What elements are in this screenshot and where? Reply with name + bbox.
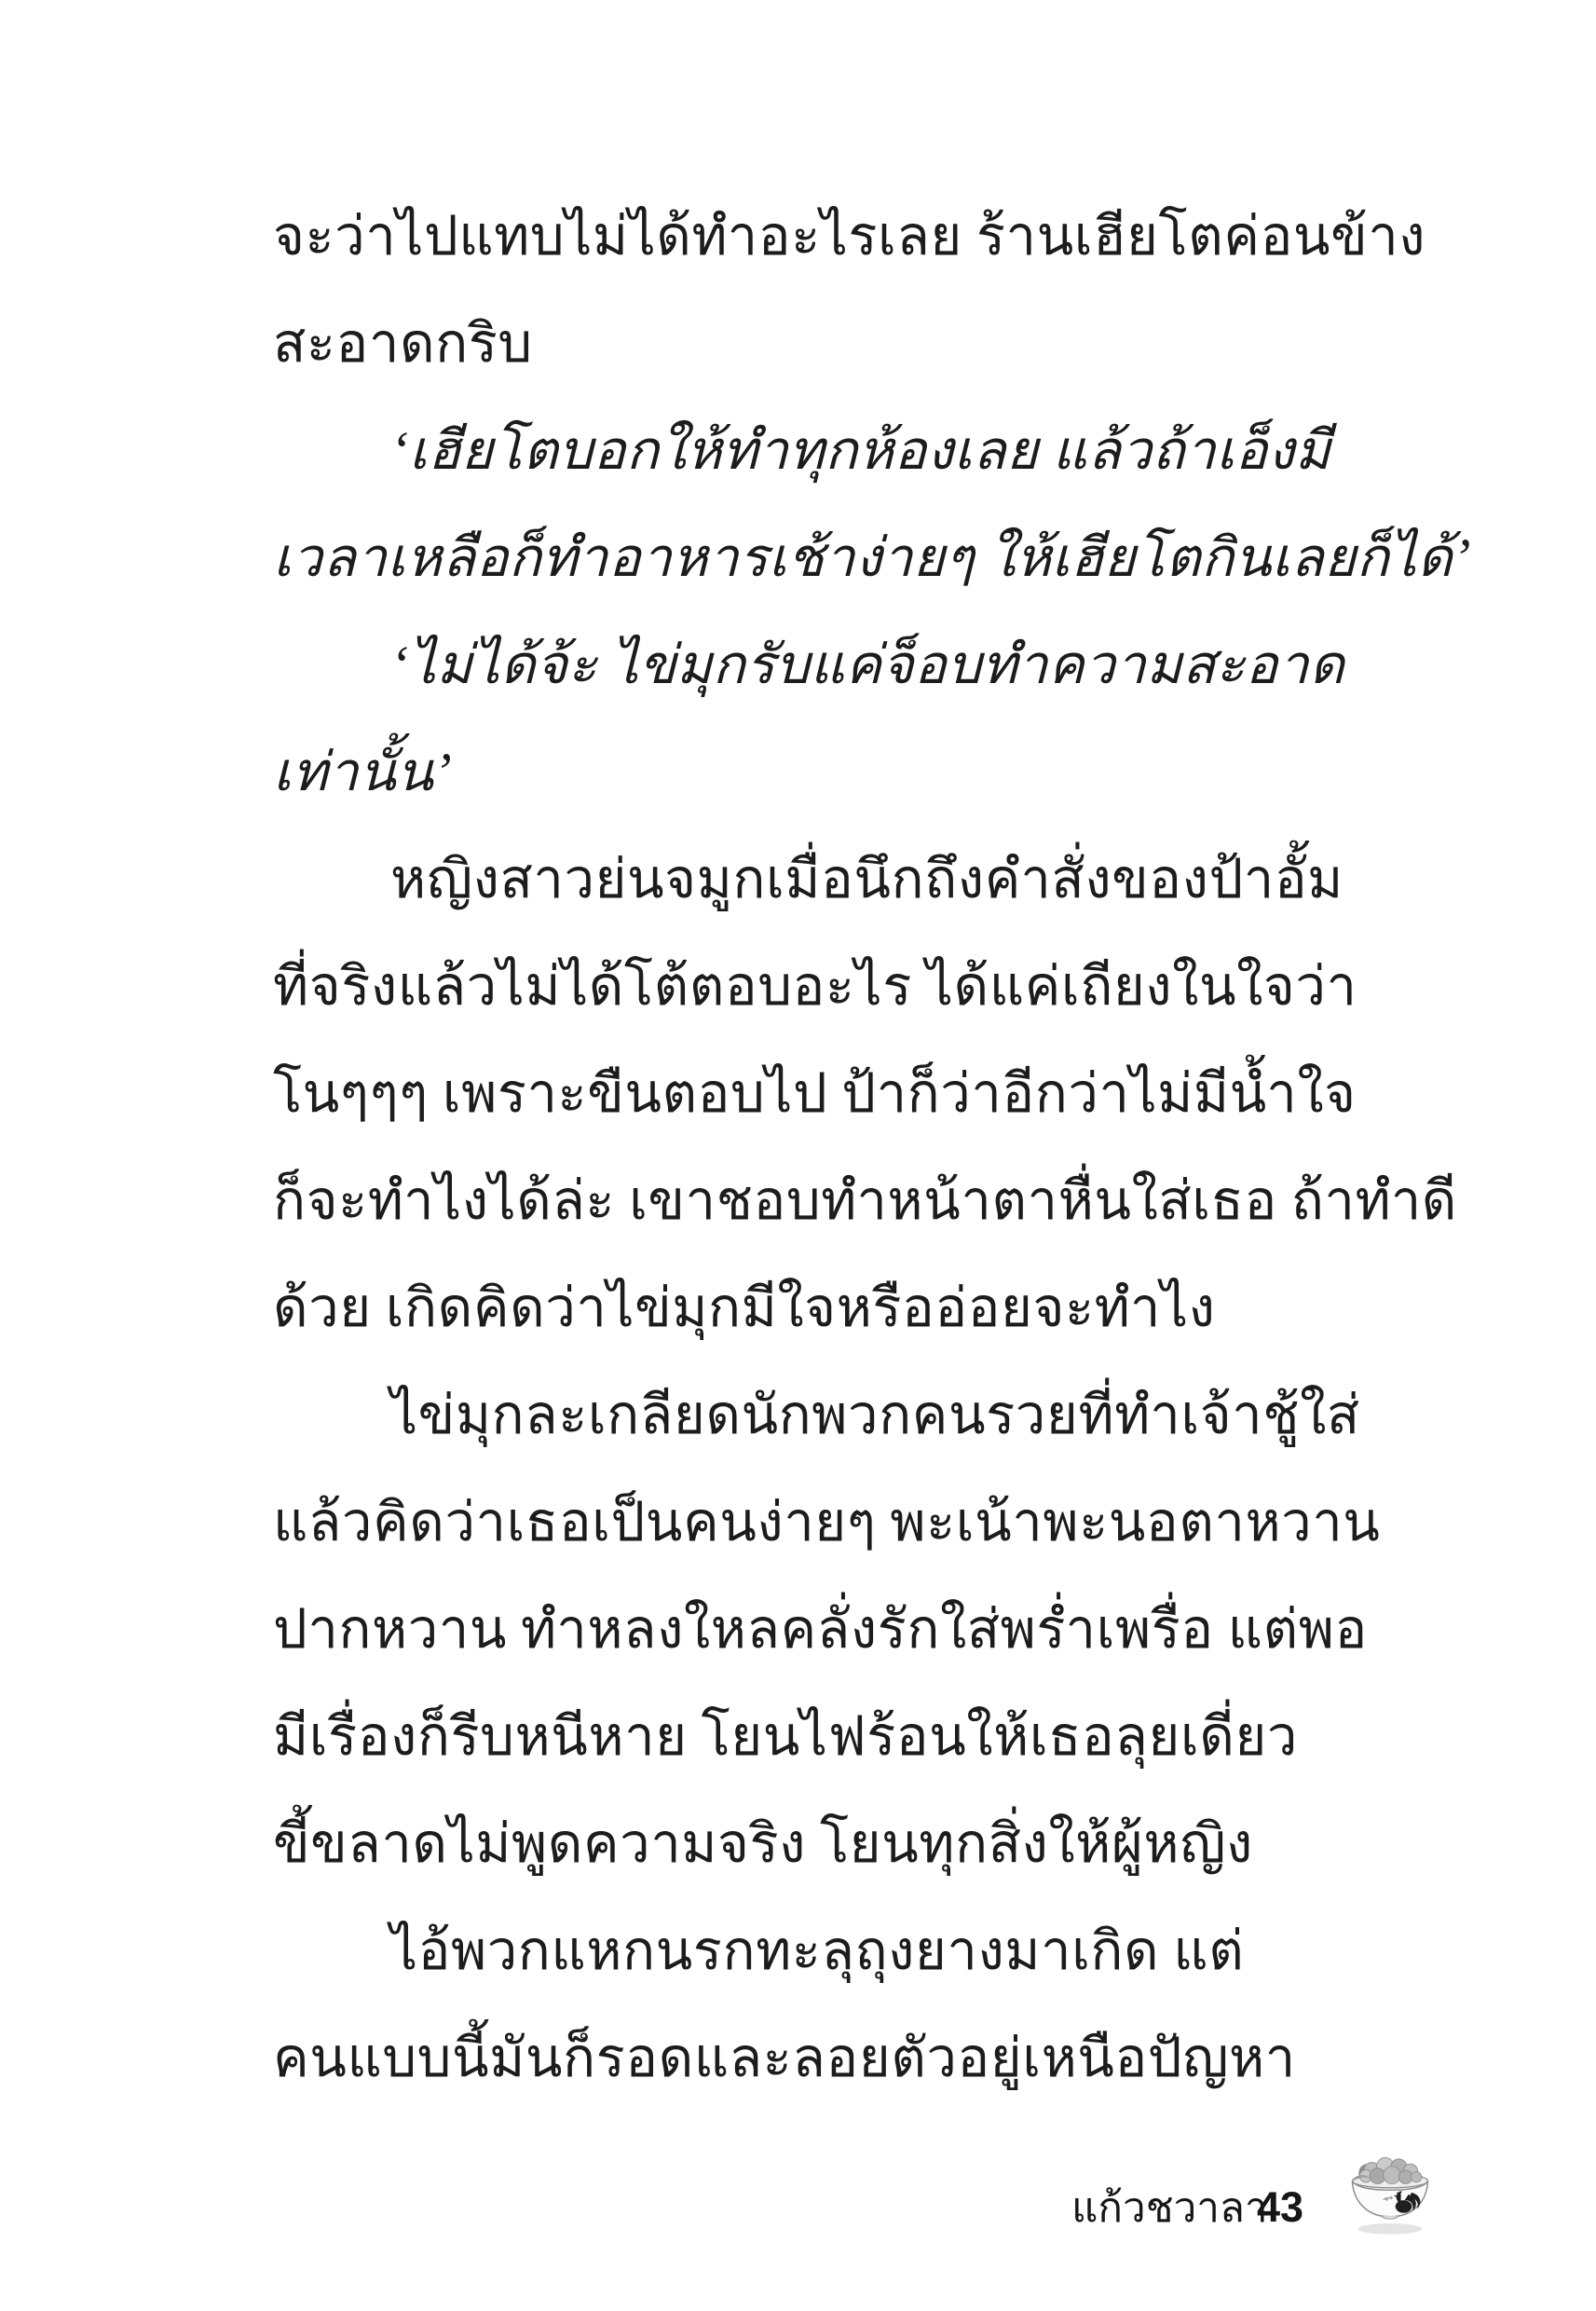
text-line: หญิงสาวย่นจมูกเมื่อนึกถึงคำสั่งของป้าอั้… [273, 826, 1454, 933]
text-line: ไข่มุกละเกลียดนักพวกคนรวยที่ทำเจ้าชู้ใส่ [273, 1361, 1454, 1469]
text-line: มีเรื่องก็รีบหนีหาย โยนไฟร้อนให้เธอลุยเด… [273, 1683, 1454, 1790]
text-line: จะว่าไปแทบไม่ได้ทำอะไรเลย ร้านเฮียโตค่อน… [273, 183, 1454, 290]
text-line-quote: ‘ไม่ได้จ้ะ ไข่มุกรับแค่จ็อบทำความสะอาด [273, 611, 1454, 718]
text-line: แล้วคิดว่าเธอเป็นคนง่ายๆ พะเน้าพะนอตาหวา… [273, 1469, 1454, 1576]
text-line: ที่จริงแล้วไม่ได้โต้ตอบอะไร ได้แค่เถียงใ… [273, 933, 1454, 1040]
text-line-quote: ‘เฮียโตบอกให้ทำทุกห้องเลย แล้วถ้าเอ็งมี [273, 397, 1454, 504]
text-line: ด้วย เกิดคิดว่าไข่มุกมีใจหรืออ่อยจะทำไง [273, 1254, 1454, 1361]
book-page: จะว่าไปแทบไม่ได้ทำอะไรเลย ร้านเฮียโตค่อน… [0, 0, 1596, 2311]
text-line: โนๆๆๆ เพราะขืนตอบไป ป้าก็ว่าอีกว่าไม่มีน… [273, 1040, 1454, 1147]
text-line-quote: เท่านั้น’ [273, 718, 1454, 826]
footer-page-number: 43 [1257, 2181, 1303, 2234]
text-line: ไอ้พวกแหกนรกทะลุถุงยางมาเกิด แต่ [273, 1897, 1454, 2004]
text-line: ขี้ขลาดไม่พูดความจริง โยนทุกสิ่งให้ผู้หญ… [273, 1790, 1454, 1897]
text-line: ก็จะทำไงได้ล่ะ เขาชอบทำหน้าตาหื่นใส่เธอ … [273, 1147, 1454, 1254]
text-line-quote: เวลาเหลือก็ทำอาหารเช้าง่ายๆ ให้เฮียโตกิน… [273, 504, 1454, 611]
text-line: ปากหวาน ทำหลงใหลคลั่งรักใส่พร่ำเพรื่อ แต… [273, 1576, 1454, 1683]
page-text-block: จะว่าไปแทบไม่ได้ทำอะไรเลย ร้านเฮียโตค่อน… [273, 183, 1454, 2112]
text-line: สะอาดกริบ [273, 290, 1454, 397]
noodle-bowl-icon [1342, 2154, 1439, 2238]
footer-book-title: แก้วชวาลา [1071, 2182, 1268, 2235]
text-line: คนแบบนี้มันก็รอดและลอยตัวอยู่เหนือปัญหา [273, 2004, 1454, 2112]
